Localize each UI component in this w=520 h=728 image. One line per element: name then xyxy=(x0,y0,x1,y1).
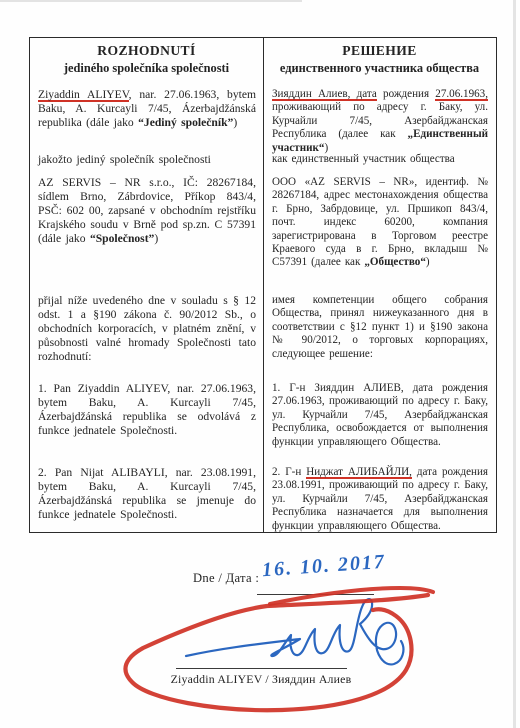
czech-capacity-line: jakožto jediný společník společnosti xyxy=(38,153,256,167)
bold-text: „Общество“ xyxy=(364,256,426,268)
red-underlined-text: 27.06.1963, xyxy=(435,88,488,101)
text-segment: ) xyxy=(426,256,430,268)
russian-resolution-intro: имея компетенции общего собрания Обществ… xyxy=(272,294,488,361)
scanned-document-page: ROZHODNUTÍ jediného společníka společnos… xyxy=(0,0,520,728)
russian-title: РЕШЕНИЕ xyxy=(266,43,493,59)
russian-shareholder-paragraph: Зияддин Алиев, дата рождения 27.06.1963,… xyxy=(272,88,488,155)
red-underlined-text: Ниджат АЛИБАЙЛИ, xyxy=(306,466,412,479)
decision-table: ROZHODNUTÍ jediného společníka společnos… xyxy=(29,37,497,533)
czech-column: ROZHODNUTÍ jediného společníka společnos… xyxy=(30,38,263,532)
russian-resolution-item-1: 1. Г-н Зияддин АЛИЕВ, дата рождения 27.0… xyxy=(272,382,488,449)
russian-company-paragraph: ООО «AZ SERVIS – NR», идентиф. № 2826718… xyxy=(272,176,488,270)
text-segment: ) xyxy=(324,142,328,154)
czech-resolution-item-1: 1. Pan Ziyaddin ALIYEV, nar. 27.06.1963,… xyxy=(38,382,256,438)
signature-annotations xyxy=(0,558,520,728)
bold-text: “Společnost” xyxy=(90,232,154,245)
text-segment: ООО «AZ SERVIS – NR», идентиф. № 2826718… xyxy=(272,176,488,268)
czech-header: ROZHODNUTÍ jediného společníka společnos… xyxy=(32,43,261,76)
czech-shareholder-paragraph: Ziyaddin ALIYEV, nar. 27.06.1963, bytem … xyxy=(38,88,256,130)
russian-capacity-line: как единственный участник общества xyxy=(272,153,488,166)
signature-scribble-icon xyxy=(186,599,403,664)
red-underlined-text: Зияддин Алиев, дата xyxy=(272,88,377,101)
text-segment: ) xyxy=(154,232,158,245)
text-segment: рождения xyxy=(377,88,435,100)
text-segment: ) xyxy=(233,116,237,129)
czech-title: ROZHODNUTÍ xyxy=(32,43,261,59)
red-underlined-text: Ziyaddin ALIYEV xyxy=(38,88,129,102)
text-segment: 2. Г-н xyxy=(272,466,306,478)
russian-subtitle: единственного участника общества xyxy=(266,61,493,76)
signature-area: Dne / Дата : 16. 10. 2017 Ziyaddin ALIYE… xyxy=(0,558,520,728)
scan-edge-artifact-top xyxy=(0,0,302,2)
czech-company-paragraph: AZ SERVIS – NR s.r.o., IČ: 28267184, síd… xyxy=(38,176,256,246)
russian-resolution-item-2: 2. Г-н Ниджат АЛИБАЙЛИ, дата рождения 23… xyxy=(272,466,488,533)
czech-resolution-item-2: 2. Pan Nijat ALIBAYLI, nar. 23.08.1991, … xyxy=(38,466,256,522)
czech-resolution-intro: přijal níže uvedeného dne v souladu s § … xyxy=(38,294,256,364)
russian-column: РЕШЕНИЕ единственного участника общества… xyxy=(263,38,495,532)
czech-subtitle: jediného společníka společnosti xyxy=(32,61,261,76)
russian-header: РЕШЕНИЕ единственного участника общества xyxy=(266,43,493,76)
bold-text: “Jediný společník” xyxy=(138,116,233,129)
